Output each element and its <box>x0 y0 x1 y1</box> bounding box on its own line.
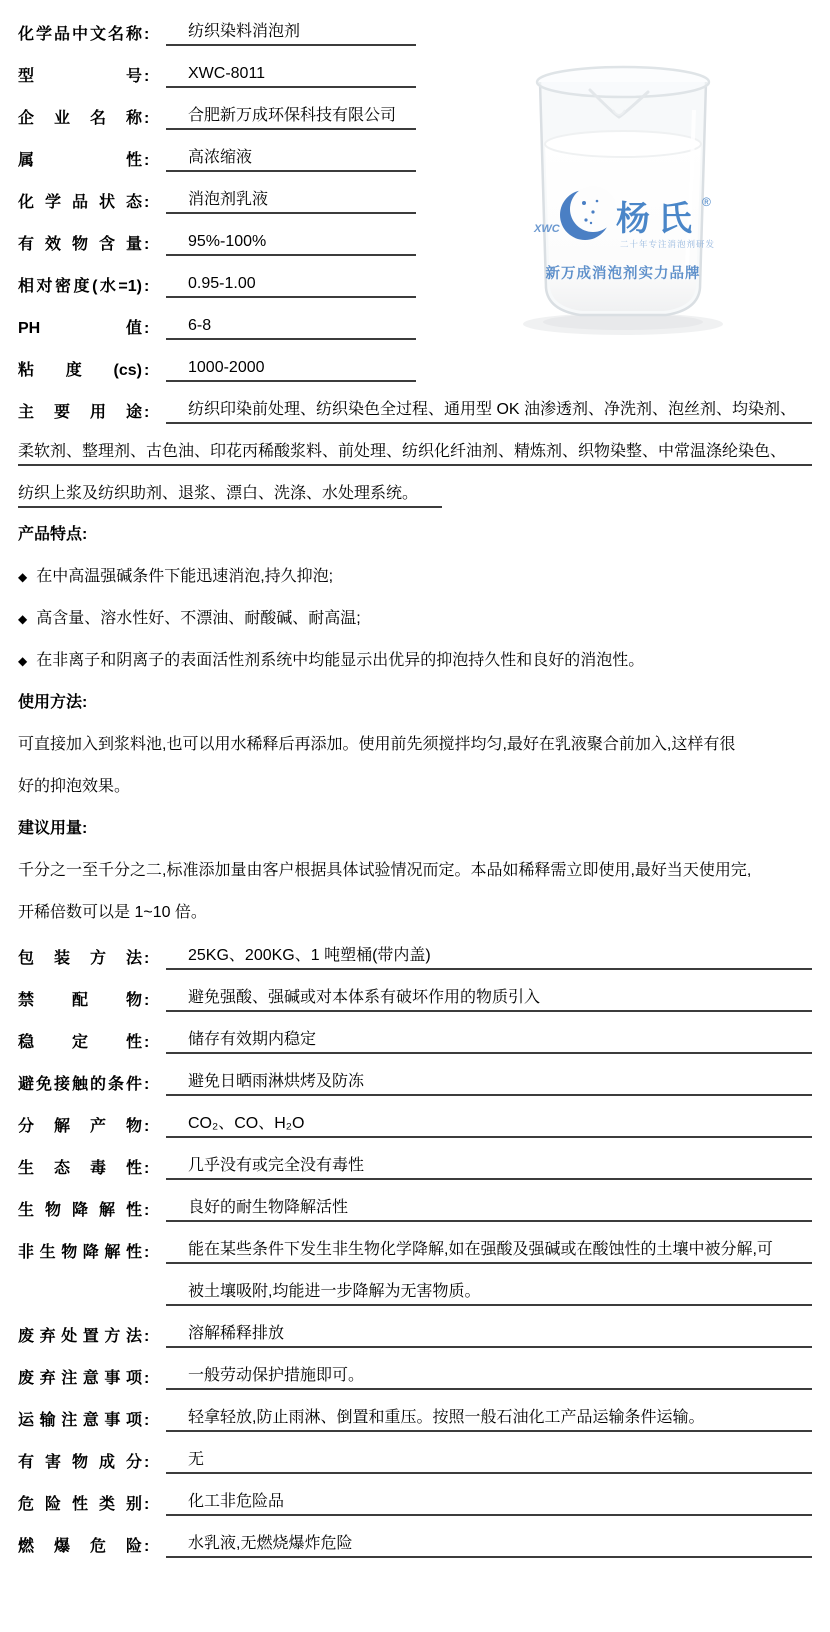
beaker-rim <box>537 67 709 97</box>
field-row-density: 相对密度(水=1): 0.95-1.00 <box>18 256 416 298</box>
field-label: 危险性类别: <box>18 1491 166 1516</box>
field-value: 95%-100% <box>166 233 416 256</box>
field-row-biodegradability: 生物降解性: 良好的耐生物降解活性 <box>18 1180 812 1222</box>
field-value: 几乎没有或完全没有毒性 <box>166 1152 812 1180</box>
abiotic-degradability-line2: 被土壤吸附,均能进一步降解为无害物质。 <box>18 1264 812 1306</box>
field-label: 有害物成分: <box>18 1449 166 1474</box>
field-row-explosion-hazard: 燃爆危险: 水乳液,无燃烧爆炸危险 <box>18 1516 812 1558</box>
field-value: 1000-2000 <box>166 359 416 382</box>
dosage-line2: 开稀倍数可以是 1~10 倍。 <box>18 886 812 928</box>
field-row-incompatible: 禁配物: 避免强酸、强碱或对本体系有破坏作用的物质引入 <box>18 970 812 1012</box>
field-row-disposal-precautions: 废弃注意事项: 一般劳动保护措施即可。 <box>18 1348 812 1390</box>
brand-name-text: 杨氏 <box>616 200 700 238</box>
beaker-image: XWC 杨氏 ® 二十年专注消泡剂研发 新万成消泡剂实力品牌 <box>498 50 748 342</box>
main-use-line3: 纺织上浆及纺织助剂、退浆、漂白、洗涤、水处理系统。 <box>18 466 812 508</box>
registered-mark: ® <box>702 195 711 209</box>
field-value: 避免强酸、强碱或对本体系有破坏作用的物质引入 <box>166 984 812 1012</box>
field-row-abiotic-degradability: 非生物降解性: 能在某些条件下发生非生物化学降解,如在强酸及强碱或在酸蚀性的土壤… <box>18 1222 812 1264</box>
field-value: CO₂、CO、H₂O <box>166 1110 812 1138</box>
field-value: 高浓缩液 <box>166 144 416 172</box>
product-spec-document: 化学品中文名称: 纺织染料消泡剂 型号: XWC-8011 企业名称: 合肥新万… <box>0 0 830 1632</box>
field-label: 废弃处置方法: <box>18 1323 166 1348</box>
brand-slogan-text: 新万成消泡剂实力品牌 <box>546 264 701 282</box>
field-label: 化学品中文名称: <box>18 21 166 46</box>
field-label: 生物降解性: <box>18 1197 166 1222</box>
field-row-avoid-conditions: 避免接触的条件: 避免日晒雨淋烘烤及防冻 <box>18 1054 812 1096</box>
field-row-harmful-ingredients: 有害物成分: 无 <box>18 1432 812 1474</box>
field-label: 分解产物: <box>18 1113 166 1138</box>
dosage-line1: 千分之一至千分之二,标准添加量由客户根据具体试验情况而定。本品如稀释需立即使用,… <box>18 844 812 886</box>
field-value: XWC-8011 <box>166 65 416 88</box>
brand-xwc-text: XWC <box>533 223 561 235</box>
field-value: 无 <box>166 1446 812 1474</box>
field-label: 废弃注意事项: <box>18 1365 166 1390</box>
field-label: 包装方法: <box>18 945 166 970</box>
main-use-line2: 柔软剂、整理剂、古色油、印花丙稀酸浆料、前处理、纺织化纤油剂、精炼剂、织物染整、… <box>18 424 812 466</box>
field-label: PH值: <box>18 315 166 340</box>
field-value: 合肥新万成环保科技有限公司 <box>166 102 416 130</box>
field-label: 主要用途: <box>18 399 166 424</box>
field-row-viscosity: 粘度(cs): 1000-2000 <box>18 340 416 382</box>
field-row-packaging: 包装方法: 25KG、200KG、1 吨塑桶(带内盖) <box>18 928 812 970</box>
field-value: 避免日晒雨淋烘烤及防冻 <box>166 1068 812 1096</box>
field-value: 0.95-1.00 <box>166 275 416 298</box>
field-label: 禁配物: <box>18 987 166 1012</box>
diamond-bullet-icon: ◆ <box>18 612 27 634</box>
field-row-hazard-class: 危险性类别: 化工非危险品 <box>18 1474 812 1516</box>
field-row-main-use: 主要用途: 纺织印染前处理、纺织染色全过程、通用型 OK 油渗透剂、净洗剂、泡丝… <box>18 382 812 424</box>
field-row-disposal: 废弃处置方法: 溶解稀释排放 <box>18 1306 812 1348</box>
field-value: 6-8 <box>166 317 416 340</box>
field-value: 25KG、200KG、1 吨塑桶(带内盖) <box>166 942 812 970</box>
field-label: 化学品状态: <box>18 189 166 214</box>
field-row-eco-toxicity: 生态毒性: 几乎没有或完全没有毒性 <box>18 1138 812 1180</box>
product-photo-beaker: XWC 杨氏 ® 二十年专注消泡剂研发 新万成消泡剂实力品牌 <box>498 50 748 342</box>
field-value: 储存有效期内稳定 <box>166 1026 812 1054</box>
field-label: 属性: <box>18 147 166 172</box>
feature-item: ◆ 在非离子和阴离子的表面活性剂系统中均能显示出优异的抑泡持久性和良好的消泡性。 <box>18 634 812 676</box>
diamond-bullet-icon: ◆ <box>18 570 27 592</box>
field-value: 轻拿轻放,防止雨淋、倒置和重压。按照一般石油化工产品运输条件运输。 <box>166 1404 812 1432</box>
field-label: 有效物含量: <box>18 231 166 256</box>
field-value: 能在某些条件下发生非生物化学降解,如在强酸及强碱或在酸蚀性的土壤中被分解,可 <box>166 1236 812 1264</box>
field-label: 运输注意事项: <box>18 1407 166 1432</box>
field-row-active-content: 有效物含量: 95%-100% <box>18 214 416 256</box>
field-value: 纺织印染前处理、纺织染色全过程、通用型 OK 油渗透剂、净洗剂、泡丝剂、均染剂、 <box>166 396 812 424</box>
usage-line2: 好的抑泡效果。 <box>18 760 812 802</box>
field-row-ph: PH值: 6-8 <box>18 298 416 340</box>
field-row-chemical-name: 化学品中文名称: 纺织染料消泡剂 <box>18 4 416 46</box>
diamond-bullet-icon: ◆ <box>18 654 27 676</box>
field-label: 避免接触的条件: <box>18 1071 166 1096</box>
feature-item: ◆ 高含量、溶水性好、不漂油、耐酸碱、耐高温; <box>18 592 812 634</box>
usage-line1: 可直接加入到浆料池,也可以用水稀释后再添加。使用前先须搅拌均匀,最好在乳液聚合前… <box>18 718 812 760</box>
field-label: 相对密度(水=1): <box>18 273 166 298</box>
field-label: 非生物降解性: <box>18 1239 166 1264</box>
field-value: 消泡剂乳液 <box>166 186 416 214</box>
field-row-model: 型号: XWC-8011 <box>18 46 416 88</box>
brand-tagline-text: 二十年专注消泡剂研发 <box>620 239 715 249</box>
field-label: 燃爆危险: <box>18 1533 166 1558</box>
field-value: 化工非危险品 <box>166 1488 812 1516</box>
field-value: 一般劳动保护措施即可。 <box>166 1362 812 1390</box>
field-value: 溶解稀释排放 <box>166 1320 812 1348</box>
field-value: 纺织染料消泡剂 <box>166 18 416 46</box>
field-row-state: 化学品状态: 消泡剂乳液 <box>18 172 416 214</box>
field-row-stability: 稳定性: 储存有效期内稳定 <box>18 1012 812 1054</box>
field-value: 良好的耐生物降解活性 <box>166 1194 812 1222</box>
field-label: 稳定性: <box>18 1029 166 1054</box>
dosage-heading: 建议用量: <box>18 802 812 844</box>
field-label: 生态毒性: <box>18 1155 166 1180</box>
feature-item: ◆ 在中高温强碱条件下能迅速消泡,持久抑泡; <box>18 550 812 592</box>
features-heading: 产品特点: <box>18 508 812 550</box>
field-label: 企业名称: <box>18 105 166 130</box>
field-value: 水乳液,无燃烧爆炸危险 <box>166 1530 812 1558</box>
liquid-surface <box>545 131 701 157</box>
field-row-transport-precautions: 运输注意事项: 轻拿轻放,防止雨淋、倒置和重压。按照一般石油化工产品运输条件运输… <box>18 1390 812 1432</box>
field-row-attribute: 属性: 高浓缩液 <box>18 130 416 172</box>
field-row-company: 企业名称: 合肥新万成环保科技有限公司 <box>18 88 416 130</box>
field-label: 型号: <box>18 63 166 88</box>
field-row-decomposition: 分解产物: CO₂、CO、H₂O <box>18 1096 812 1138</box>
usage-heading: 使用方法: <box>18 676 812 718</box>
field-label: 粘度(cs): <box>18 357 166 382</box>
